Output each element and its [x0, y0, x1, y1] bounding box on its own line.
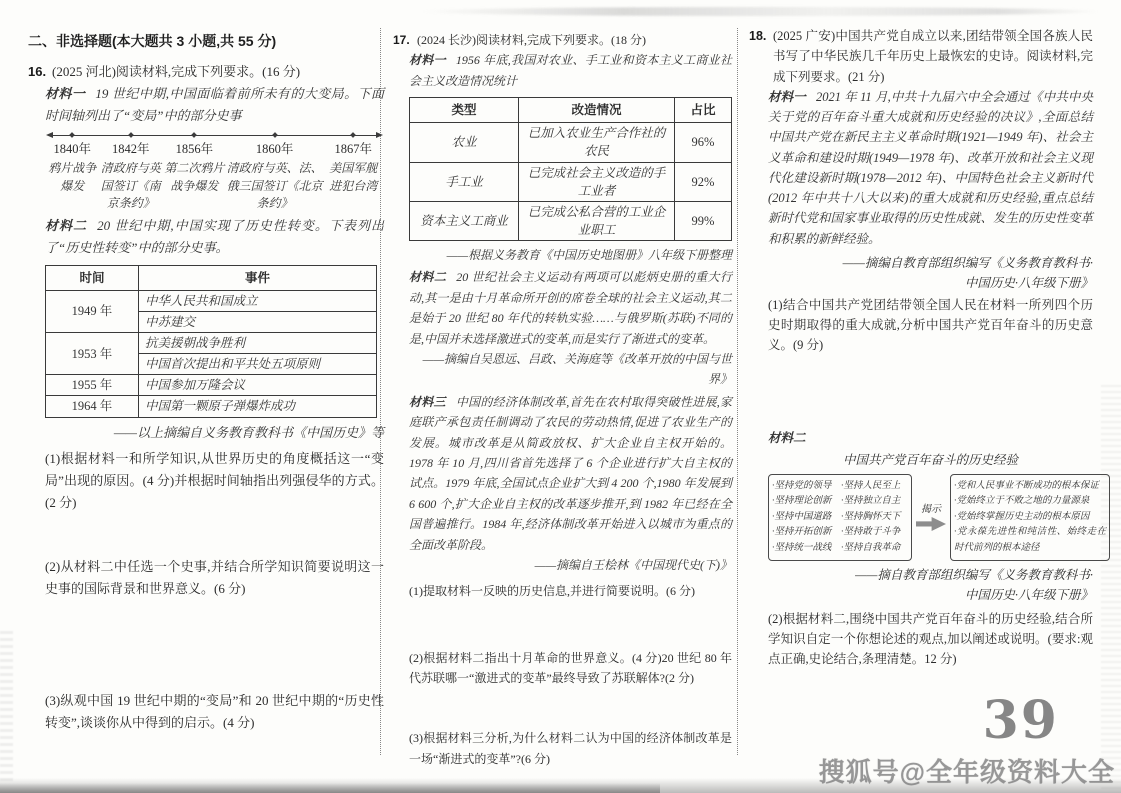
table-cell-event: 中华人民共和国成立: [139, 290, 377, 311]
diagram-item: ·坚持独立自主: [841, 494, 908, 509]
question-header-text: (2025 广安)中国共产党自成立以来,团结带领全国各族人民书写了中华民族几千年…: [773, 26, 1093, 87]
source-line-2: 中国历史·八年级下册》: [768, 273, 1093, 293]
sub-question-2: (2)根据材料二,围绕中国共产党百年奋斗的历史经验,结合所学知识自定一个你想论述…: [768, 609, 1093, 670]
table-cell-time: 1964 年: [46, 396, 139, 417]
diagram-item: ·坚持敢于斗争: [841, 525, 908, 540]
table-cell-type: 农业: [410, 123, 519, 162]
question-header-text: (2024 长沙)阅读材料,完成下列要求。(18 分): [417, 30, 732, 50]
timeline-axis: [50, 135, 379, 136]
sub-question-1: (1)提取材料一反映的历史信息,并进行简要说明。(6 分): [409, 581, 732, 601]
table-row: 资本主义工商业 已完成公私合营的工业企业职工 99%: [410, 201, 732, 240]
question-18-column: 18. (2025 广安)中国共产党自成立以来,团结带领全国各族人民书写了中华民…: [749, 26, 1093, 670]
table-cell-event: 中国参加万隆会议: [139, 375, 377, 396]
table-cell-event: 中苏建交: [139, 311, 377, 332]
timeline-point: 1840年 鸦片战争爆发: [47, 136, 98, 212]
timeline-year: 1860年: [225, 141, 324, 157]
timeline: 1840年 鸦片战争爆发 1842年 清政府与英国签订《南京条约》 1856年 …: [47, 135, 382, 212]
timeline-tick: [69, 132, 75, 138]
table-cell-pct: 92%: [675, 162, 732, 201]
sub-question-1: (1)结合中国共产党团结带领全国人民在材料一所列四个历史时期取得的重大成就,分析…: [768, 295, 1093, 356]
table-header-pct: 占比: [675, 98, 732, 123]
material-2-label: 材料二: [45, 218, 87, 233]
timeline-point: 1867年 美国军舰进犯台湾: [324, 136, 382, 212]
material-1-paragraph: 材料一2021 年 11 月,中共十九届六中全会通过《中共中央关于党的百年奋斗重…: [768, 87, 1093, 249]
reform-table: 类型 改造情况 占比 农业 已加入农业生产合作社的农民 96% 手工业 已完成社…: [409, 97, 732, 241]
diagram-item: ·坚持统一战线: [772, 541, 839, 556]
table-cell-pct: 99%: [675, 201, 732, 240]
material-3-label: 材料三: [409, 395, 446, 409]
timeline-year: 1867年: [324, 141, 382, 157]
scan-edge-noise: [1101, 385, 1121, 793]
question-17-column: 17. (2024 长沙)阅读材料,完成下列要求。(18 分) 材料一1956 …: [393, 30, 732, 769]
table-cell-event: 抗美援朝战争胜利: [139, 333, 377, 354]
diagram-title: 中国共产党百年奋斗的历史经验: [768, 450, 1093, 470]
timeline-point: 1842年 清政府与英国签订《南京条约》: [98, 136, 164, 212]
source-attribution: ——摘自教育部组织编写《义务教育教科书· 中国历史·八年级下册》: [768, 565, 1093, 605]
timeline-event: 鸦片战争爆发: [47, 160, 98, 195]
scan-bottom-shadow: [0, 783, 660, 793]
experience-diagram: ·坚持党的领导 ·坚持人民至上 ·坚持理论创新 ·坚持独立自主 ·坚持中国道路 …: [768, 474, 1093, 561]
source-line-1: ——摘编自教育部组织编写《义务教育教科书·: [768, 253, 1093, 273]
question-17-header: 17. (2024 长沙)阅读材料,完成下列要求。(18 分): [393, 30, 732, 50]
timeline-tick: [350, 132, 356, 138]
diagram-item: ·坚持党的领导: [772, 479, 839, 494]
material-1-paragraph: 材料一19 世纪中期,中国面临着前所未有的大变局。下面时间轴列出了“变局”中的部…: [45, 83, 384, 127]
question-16-column: 二、非选择题(本大题共 3 小题,共 55 分) 16. (2025 河北)阅读…: [28, 30, 384, 734]
material-2-label-line: 材料二: [768, 428, 1093, 448]
timeline-point: 1860年 清政府与英、法、俄三国签订《北京条约》: [225, 136, 324, 212]
material-1-label: 材料一: [768, 90, 806, 104]
timeline-event: 清政府与英、法、俄三国签订《北京条约》: [225, 160, 324, 212]
material-2-paragraph: 材料二20 世纪中期,中国实现了历史性转变。下表列出了“历史性转变”中的部分史事…: [45, 215, 384, 259]
table-header-event: 事件: [139, 265, 377, 290]
material-2-label: 材料二: [768, 431, 806, 445]
table-row: 1964 年 中国第一颗原子弹爆炸成功: [46, 396, 377, 417]
table-cell-type: 手工业: [410, 162, 519, 201]
question-18-body: 材料一2021 年 11 月,中共十九届六中全会通过《中共中央关于党的百年奋斗重…: [749, 87, 1093, 670]
sub-question-3: (3)纵观中国 19 世纪中期的“变局”和 20 世纪中期的“历史性转变”,谈谈…: [45, 690, 384, 734]
table-row: 1949 年 中华人民共和国成立: [46, 290, 377, 311]
timeline-year: 1842年: [98, 141, 164, 157]
diagram-right-box: ·党和人民事业不断成功的根本保证 ·党始终立于不败之地的力量源泉 ·党始终掌握历…: [950, 474, 1110, 561]
source-attribution: ——摘编自吴恩远、吕政、关海庭等《改革开放的中国与世界》: [409, 349, 732, 390]
page-number: 39: [983, 690, 1059, 751]
table-cell-time: 1955 年: [46, 375, 139, 396]
table-row: 手工业 已完成社会主义改造的手工业者 92%: [410, 162, 732, 201]
table-cell-status: 已完成社会主义改造的手工业者: [519, 162, 675, 201]
source-line-1: ——摘自教育部组织编写《义务教育教科书·: [768, 565, 1093, 585]
source-attribution: ——摘编自教育部组织编写《义务教育教科书· 中国历史·八年级下册》: [768, 253, 1093, 293]
material-2-text: 20 世纪社会主义运动有两项可以彪炳史册的重大行动,其一是由十月革命所开创的席卷…: [409, 270, 732, 345]
sub-question-2: (2)从材料二中任选一个史事,并结合所学知识简要说明这一史事的国际背景和世界意义…: [45, 556, 384, 600]
timeline-year: 1840年: [47, 141, 98, 157]
material-2-paragraph: 材料二20 世纪社会主义运动有两项可以彪炳史册的重大行动,其一是由十月革命所开创…: [409, 267, 732, 349]
sub-question-3: (3)根据材料三分析,为什么材料二认为中国的经济体制改革是一场“渐进式的变革”?…: [409, 728, 732, 769]
question-number: 18.: [749, 26, 773, 87]
diagram-item: ·党和人民事业不断成功的根本保证: [954, 479, 1106, 494]
material-1-paragraph: 材料一1956 年底,我国对农业、手工业和资本主义工商业社会主义改造情况统计: [409, 50, 732, 91]
events-table: 时间 事件 1949 年 中华人民共和国成立 中苏建交 1953 年 抗美援朝战…: [45, 265, 377, 418]
timeline-event: 清政府与英国签订《南京条约》: [98, 160, 164, 212]
table-cell-time: 1953 年: [46, 333, 139, 375]
diagram-item: ·党永葆先进性和纯洁性、始终走在时代前列的根本途径: [954, 525, 1106, 556]
material-1-text: 2021 年 11 月,中共十九届六中全会通过《中共中央关于党的百年奋斗重大成就…: [768, 90, 1093, 246]
table-header-type: 类型: [410, 98, 519, 123]
timeline-tick: [192, 132, 198, 138]
timeline-points: 1840年 鸦片战争爆发 1842年 清政府与英国签订《南京条约》 1856年 …: [47, 136, 382, 212]
timeline-event: 美国军舰进犯台湾: [324, 160, 382, 195]
timeline-event: 第二次鸦片战争爆发: [164, 160, 225, 195]
sub-question-2: (2)根据材料二指出十月革命的世界意义。(4 分)20 世纪 80 年代苏联哪一…: [409, 648, 732, 689]
table-header-time: 时间: [46, 265, 139, 290]
material-3-paragraph: 材料三中国的经济体制改革,首先在农村取得突破性进展,家庭联产承包责任制调动了农民…: [409, 392, 732, 555]
material-1-text: 19 世纪中期,中国面临着前所未有的大变局。下面时间轴列出了“变局”中的部分史事: [45, 86, 384, 123]
timeline-tick: [272, 132, 278, 138]
source-attribution: ——根据义务教育《中国历史地图册》八年级下册整理: [409, 245, 732, 265]
diagram-item: ·党始终立于不败之地的力量源泉: [954, 494, 1106, 509]
question-17-body: 材料一1956 年底,我国对农业、手工业和资本主义工商业社会主义改造情况统计 类…: [393, 50, 732, 769]
sub-question-1: (1)根据材料一和所学知识,从世界历史的角度概括这一“变局”出现的原因。(4 分…: [45, 448, 384, 514]
source-line-2: 中国历史·八年级下册》: [768, 585, 1093, 605]
question-18-header: 18. (2025 广安)中国共产党自成立以来,团结带领全国各族人民书写了中华民…: [749, 26, 1093, 87]
diagram-item: ·党始终掌握历史主动的根本原因: [954, 510, 1106, 525]
diagram-item: ·坚持中国道路: [772, 510, 839, 525]
question-16-body: 材料一19 世纪中期,中国面临着前所未有的大变局。下面时间轴列出了“变局”中的部…: [28, 83, 384, 734]
material-2-label: 材料二: [409, 270, 446, 284]
section-header: 二、非选择题(本大题共 3 小题,共 55 分): [28, 30, 384, 54]
column-separator: [737, 28, 738, 755]
question-number: 17.: [393, 30, 417, 50]
table-cell-status: 已完成公私合营的工业企业职工: [519, 201, 675, 240]
table-cell-type: 资本主义工商业: [410, 201, 519, 240]
source-attribution: ——以上摘编自义务教育教科书《中国历史》等: [45, 422, 384, 444]
source-attribution: ——摘编自王桧林《中国现代史(下)》: [409, 555, 732, 575]
table-cell-pct: 96%: [675, 123, 732, 162]
table-cell-event: 中国首次提出和平共处五项原则: [139, 354, 377, 375]
arrow-label: 揭示: [921, 504, 941, 516]
material-1-label: 材料一: [409, 53, 446, 67]
table-cell-status: 已加入农业生产合作社的农民: [519, 123, 675, 162]
right-arrow-icon: [916, 517, 946, 531]
table-cell-event: 中国第一颗原子弹爆炸成功: [139, 396, 377, 417]
timeline-tick: [128, 132, 134, 138]
diagram-item: ·坚持开拓创新: [772, 525, 839, 540]
question-header-text: (2025 河北)阅读材料,完成下列要求。(16 分): [52, 61, 384, 83]
table-header-row: 时间 事件: [46, 265, 377, 290]
question-16-header: 16. (2025 河北)阅读材料,完成下列要求。(16 分): [28, 61, 384, 83]
diagram-item: ·坚持人民至上: [841, 479, 908, 494]
material-3-text: 中国的经济体制改革,首先在农村取得突破性进展,家庭联产承包责任制调动了农民的劳动…: [409, 395, 732, 552]
diagram-arrow-group: 揭示: [915, 504, 947, 531]
table-row: 1953 年 抗美援朝战争胜利: [46, 333, 377, 354]
diagram-left-box: ·坚持党的领导 ·坚持人民至上 ·坚持理论创新 ·坚持独立自主 ·坚持中国道路 …: [768, 474, 912, 561]
timeline-point: 1856年 第二次鸦片战争爆发: [164, 136, 225, 212]
table-cell-time: 1949 年: [46, 290, 139, 332]
timeline-year: 1856年: [164, 141, 225, 157]
scan-smudge: [420, 7, 1100, 16]
scan-edge-noise: [0, 631, 13, 781]
table-header-status: 改造情况: [519, 98, 675, 123]
question-number: 16.: [28, 61, 52, 83]
diagram-item: ·坚持自我革命: [841, 541, 908, 556]
material-2-text: 20 世纪中期,中国实现了历史性转变。下表列出了“历史性转变”中的部分史事。: [45, 218, 384, 255]
diagram-item: ·坚持理论创新: [772, 494, 839, 509]
diagram-item: ·坚持胸怀天下: [841, 510, 908, 525]
table-row: 1955 年 中国参加万隆会议: [46, 375, 377, 396]
table-row: 农业 已加入农业生产合作社的农民 96%: [410, 123, 732, 162]
table-header-row: 类型 改造情况 占比: [410, 98, 732, 123]
material-1-text: 1956 年底,我国对农业、手工业和资本主义工商业社会主义改造情况统计: [409, 53, 732, 87]
material-1-label: 材料一: [45, 86, 85, 101]
